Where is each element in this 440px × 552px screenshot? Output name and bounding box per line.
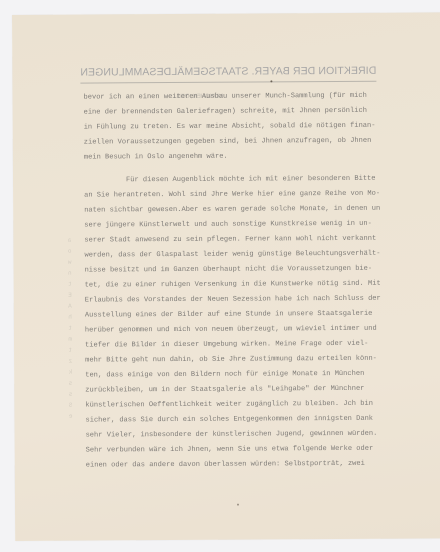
document-page: DIREKTION DER BAYER. STAATSGEMÄLDESAMMLU…	[12, 12, 440, 541]
text-line: ziellen Voraussetzungen gegeben sind, be…	[84, 134, 414, 151]
letter-body: bevor ich an einen weiteren Ausbau unser…	[83, 89, 415, 474]
letterhead-bleedthrough: DIREKTION DER BAYER. STAATSGEMÄLDESAMMLU…	[80, 65, 376, 84]
paper-speck	[237, 504, 239, 506]
text-line: Sehr verbunden wäre ich Jhnen, wenn Sie …	[86, 442, 416, 459]
letterhead-text: DIREKTION DER BAYER. STAATSGEMÄLDESAMMLU…	[80, 65, 376, 79]
reverse-side-bleedthrough: a o w n t E A h t m t z k s s S e	[31, 235, 72, 422]
text-line: einen oder das andere davon überlassen w…	[86, 457, 416, 474]
text-line: mehr Bitte geht nun dahin, ob Sie Jhre Z…	[85, 352, 415, 369]
paper-speck	[270, 80, 272, 82]
